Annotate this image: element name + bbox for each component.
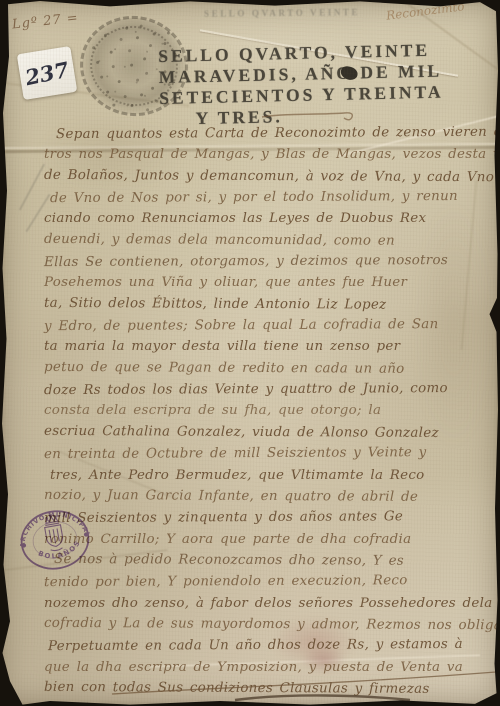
seal-speckles <box>89 11 92 14</box>
manuscript-line: escriua Cathalina Gonzalez, viuda de Alo… <box>44 421 484 445</box>
archive-number-sticker: 237 <box>17 46 78 100</box>
corner-folio-note: Lgº 27 = <box>11 11 79 33</box>
manuscript-line: tres, Ante Pedro Bermudez, que Vltimamte… <box>44 465 484 486</box>
archive-stamp-icon: ARCHIVO MUNICIPAL BOLAÑOS <box>10 499 101 582</box>
manuscript-line: en treinta de Octubre de mill Seisziento… <box>44 442 484 466</box>
scanned-document-page: Lgº 27 = Reconozimto SELLO QVARTO VEINTE… <box>0 0 500 706</box>
manuscript-line: Se nos à pedido Reconozcamos dho zenso, … <box>44 549 484 573</box>
manuscript-line: cofradia y La de sus mayordomos y admor,… <box>44 613 484 637</box>
manuscript-line: de Bolaños, Juntos y demancomun, à voz d… <box>44 165 484 189</box>
manuscript-line: mill Seiszientos y zinquenta y dos años … <box>44 506 484 530</box>
manuscript-line: Sepan quantos esta Carta de Reconozimto … <box>44 122 484 146</box>
tax-stamp-text-block: SELLO QVARTO, VEINTE MARAVEDIS, AÑO DE M… <box>158 39 470 130</box>
offset-print-ghost: SELLO QVARTO VEINTE <box>204 7 360 19</box>
cutoff-letter-stroke <box>71 697 88 706</box>
manuscript-line: consta dela escripra de su fha, que otor… <box>44 400 484 421</box>
manuscript-line: de Vno de Nos por si, y por el todo Inso… <box>44 186 484 210</box>
manuscript-line: ta, Sitio delos Ébittos, linde Antonio L… <box>44 293 484 317</box>
top-right-ink-note: Reconozimto <box>385 0 465 23</box>
sticker-number: 237 <box>23 56 71 90</box>
manuscript-line: nozio, y Juan Garcia Infante, en quatro … <box>44 485 484 509</box>
manuscript-line: ta maria la mayor desta villa tiene un z… <box>44 336 484 357</box>
manuscript-line: ciando como Renunciamos las Leyes de Duo… <box>44 208 484 229</box>
seal-speckles <box>93 17 95 19</box>
manuscript-line: Ellas Se contienen, otorgamos, y dezimos… <box>44 250 484 274</box>
manuscript-line: bien con todas Sus condiziones Clausulas… <box>44 677 484 701</box>
manuscript-line: doze Rs todos los dias Veinte y quattro … <box>44 378 484 402</box>
manuscript-line: Posehemos una Viña y oliuar, que antes f… <box>44 272 484 293</box>
margin-pencil-mark <box>19 164 45 211</box>
manuscript-line: deuendi, y demas dela mancomunidad, como… <box>44 229 484 253</box>
manuscript-line: y Edro, de puentes; Sobre la qual La cof… <box>44 314 484 338</box>
manuscript-line: tros nos Pasqual de Mangas, y Blas de Ma… <box>44 144 484 165</box>
manuscript-line: nozemos dho zenso, à fabor delos señores… <box>44 593 484 614</box>
manuscript-line: ronimo Carrillo; Y aora que parte de dha… <box>44 529 484 550</box>
manuscript-lines: Sepan quantos esta Carta de Reconozimto … <box>44 123 484 699</box>
manuscript-line: Perpetuamte en cada Un año dhos doze Rs,… <box>44 634 484 658</box>
manuscript-line: petuo de que se Pagan de redito en cada … <box>44 357 484 381</box>
manuscript-paper: Lgº 27 = Reconozimto SELLO QVARTO VEINTE… <box>0 0 500 706</box>
manuscript-line: que la dha escripra de Ymposizion, y pue… <box>44 657 484 678</box>
manuscript-line: tenido por bien, Y poniendolo en execuzi… <box>44 570 484 594</box>
